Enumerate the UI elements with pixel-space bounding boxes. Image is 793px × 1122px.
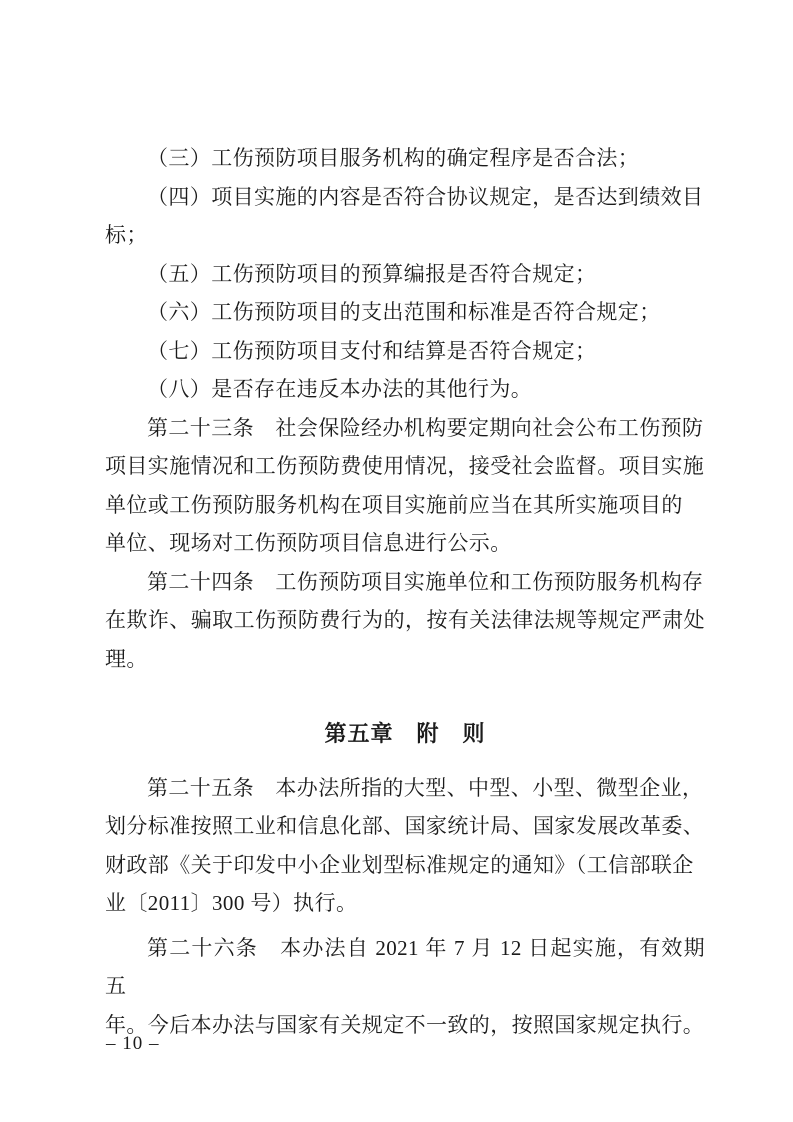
clause-item-4: （四）项目实施的内容是否符合协议规定，是否达到绩效目 标； — [105, 178, 705, 255]
page-number: – 10 – — [106, 1031, 160, 1057]
document-page: （三）工伤预防项目服务机构的确定程序是否合法； （四）项目实施的内容是否符合协议… — [0, 0, 793, 1122]
article-26-paragraph: 第二十六条 本办法自 2021 年 7 月 12 日起实施，有效期五 年。今后本… — [105, 929, 705, 1045]
clause-item-5: （五）工伤预防项目的预算编报是否符合规定； — [105, 255, 705, 294]
clause-item-7: （七）工伤预防项目支付和结算是否符合规定； — [105, 332, 705, 371]
article-25-paragraph: 第二十五条 本办法所指的大型、中型、小型、微型企业， 划分标准按照工业和信息化部… — [105, 769, 705, 923]
document-body: （三）工伤预防项目服务机构的确定程序是否合法； （四）项目实施的内容是否符合协议… — [105, 139, 705, 1044]
article-23-paragraph: 第二十三条 社会保险经办机构要定期向社会公布工伤预防 项目实施情况和工伤预防费使… — [105, 409, 705, 563]
clause-item-3: （三）工伤预防项目服务机构的确定程序是否合法； — [105, 139, 705, 178]
article-24-paragraph: 第二十四条 工伤预防项目实施单位和工伤预防服务机构存 在欺诈、骗取工伤预防费行为… — [105, 563, 705, 679]
clause-item-6: （六）工伤预防项目的支出范围和标准是否符合规定； — [105, 293, 705, 332]
chapter-5-heading: 第五章 附 则 — [105, 716, 705, 755]
clause-item-8: （八）是否存在违反本办法的其他行为。 — [105, 370, 705, 409]
